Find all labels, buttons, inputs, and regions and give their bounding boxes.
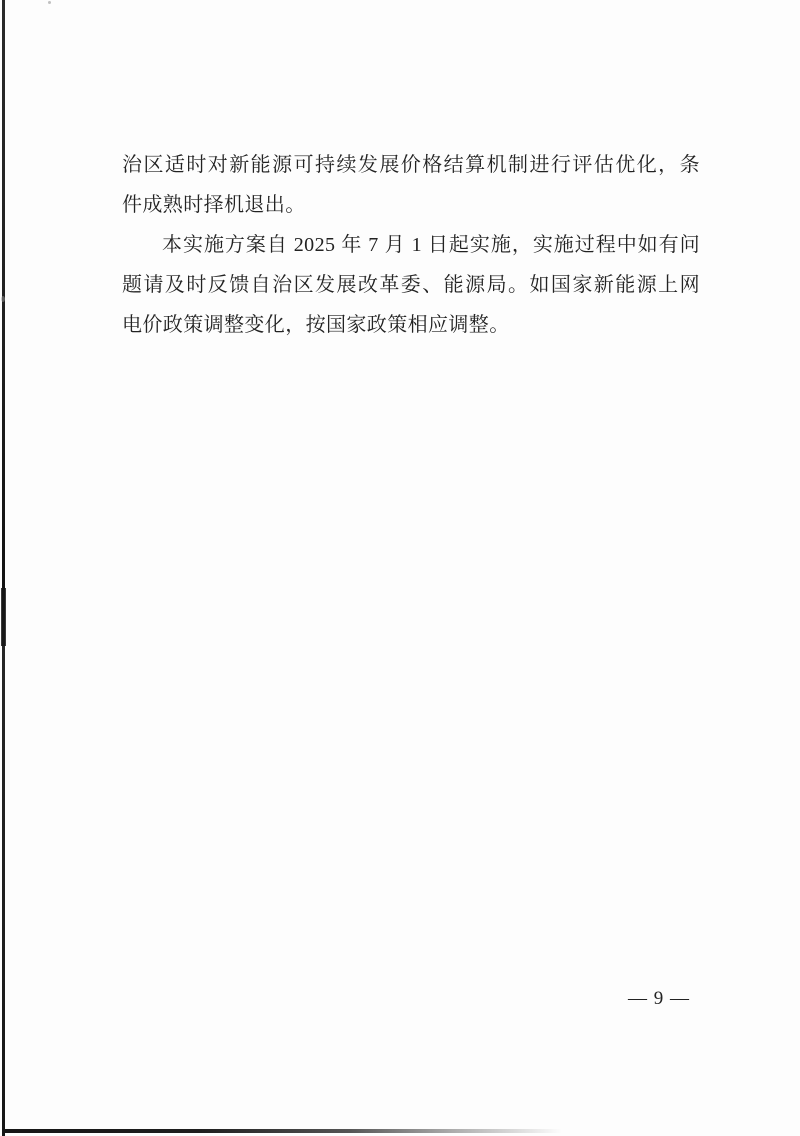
paragraph-1-line-1: 治区适时对新能源可持续发展价格结算机制进行评估优化，条	[122, 145, 700, 185]
scanned-document-page: 治区适时对新能源可持续发展价格结算机制进行评估优化，条 件成熟时择机退出。 本实…	[0, 0, 800, 1136]
paragraph-2-line-1: 本实施方案自 2025 年 7 月 1 日起实施，实施过程中如有问	[122, 225, 700, 265]
scan-speck	[1, 296, 5, 302]
left-border-line	[2, 0, 5, 1136]
paragraph-2-line-2: 题请及时反馈自治区发展改革委、能源局。如国家新能源上网	[122, 265, 700, 305]
paragraph-1-line-2: 件成熟时择机退出。	[122, 185, 700, 225]
body-text-block: 治区适时对新能源可持续发展价格结算机制进行评估优化，条 件成熟时择机退出。 本实…	[122, 145, 700, 345]
paragraph-2-line-3: 电价政策调整变化，按国家政策相应调整。	[122, 305, 700, 345]
page-number: — 9 —	[599, 988, 719, 1010]
bottom-border-line	[2, 1129, 562, 1133]
scan-speck	[48, 1, 51, 4]
